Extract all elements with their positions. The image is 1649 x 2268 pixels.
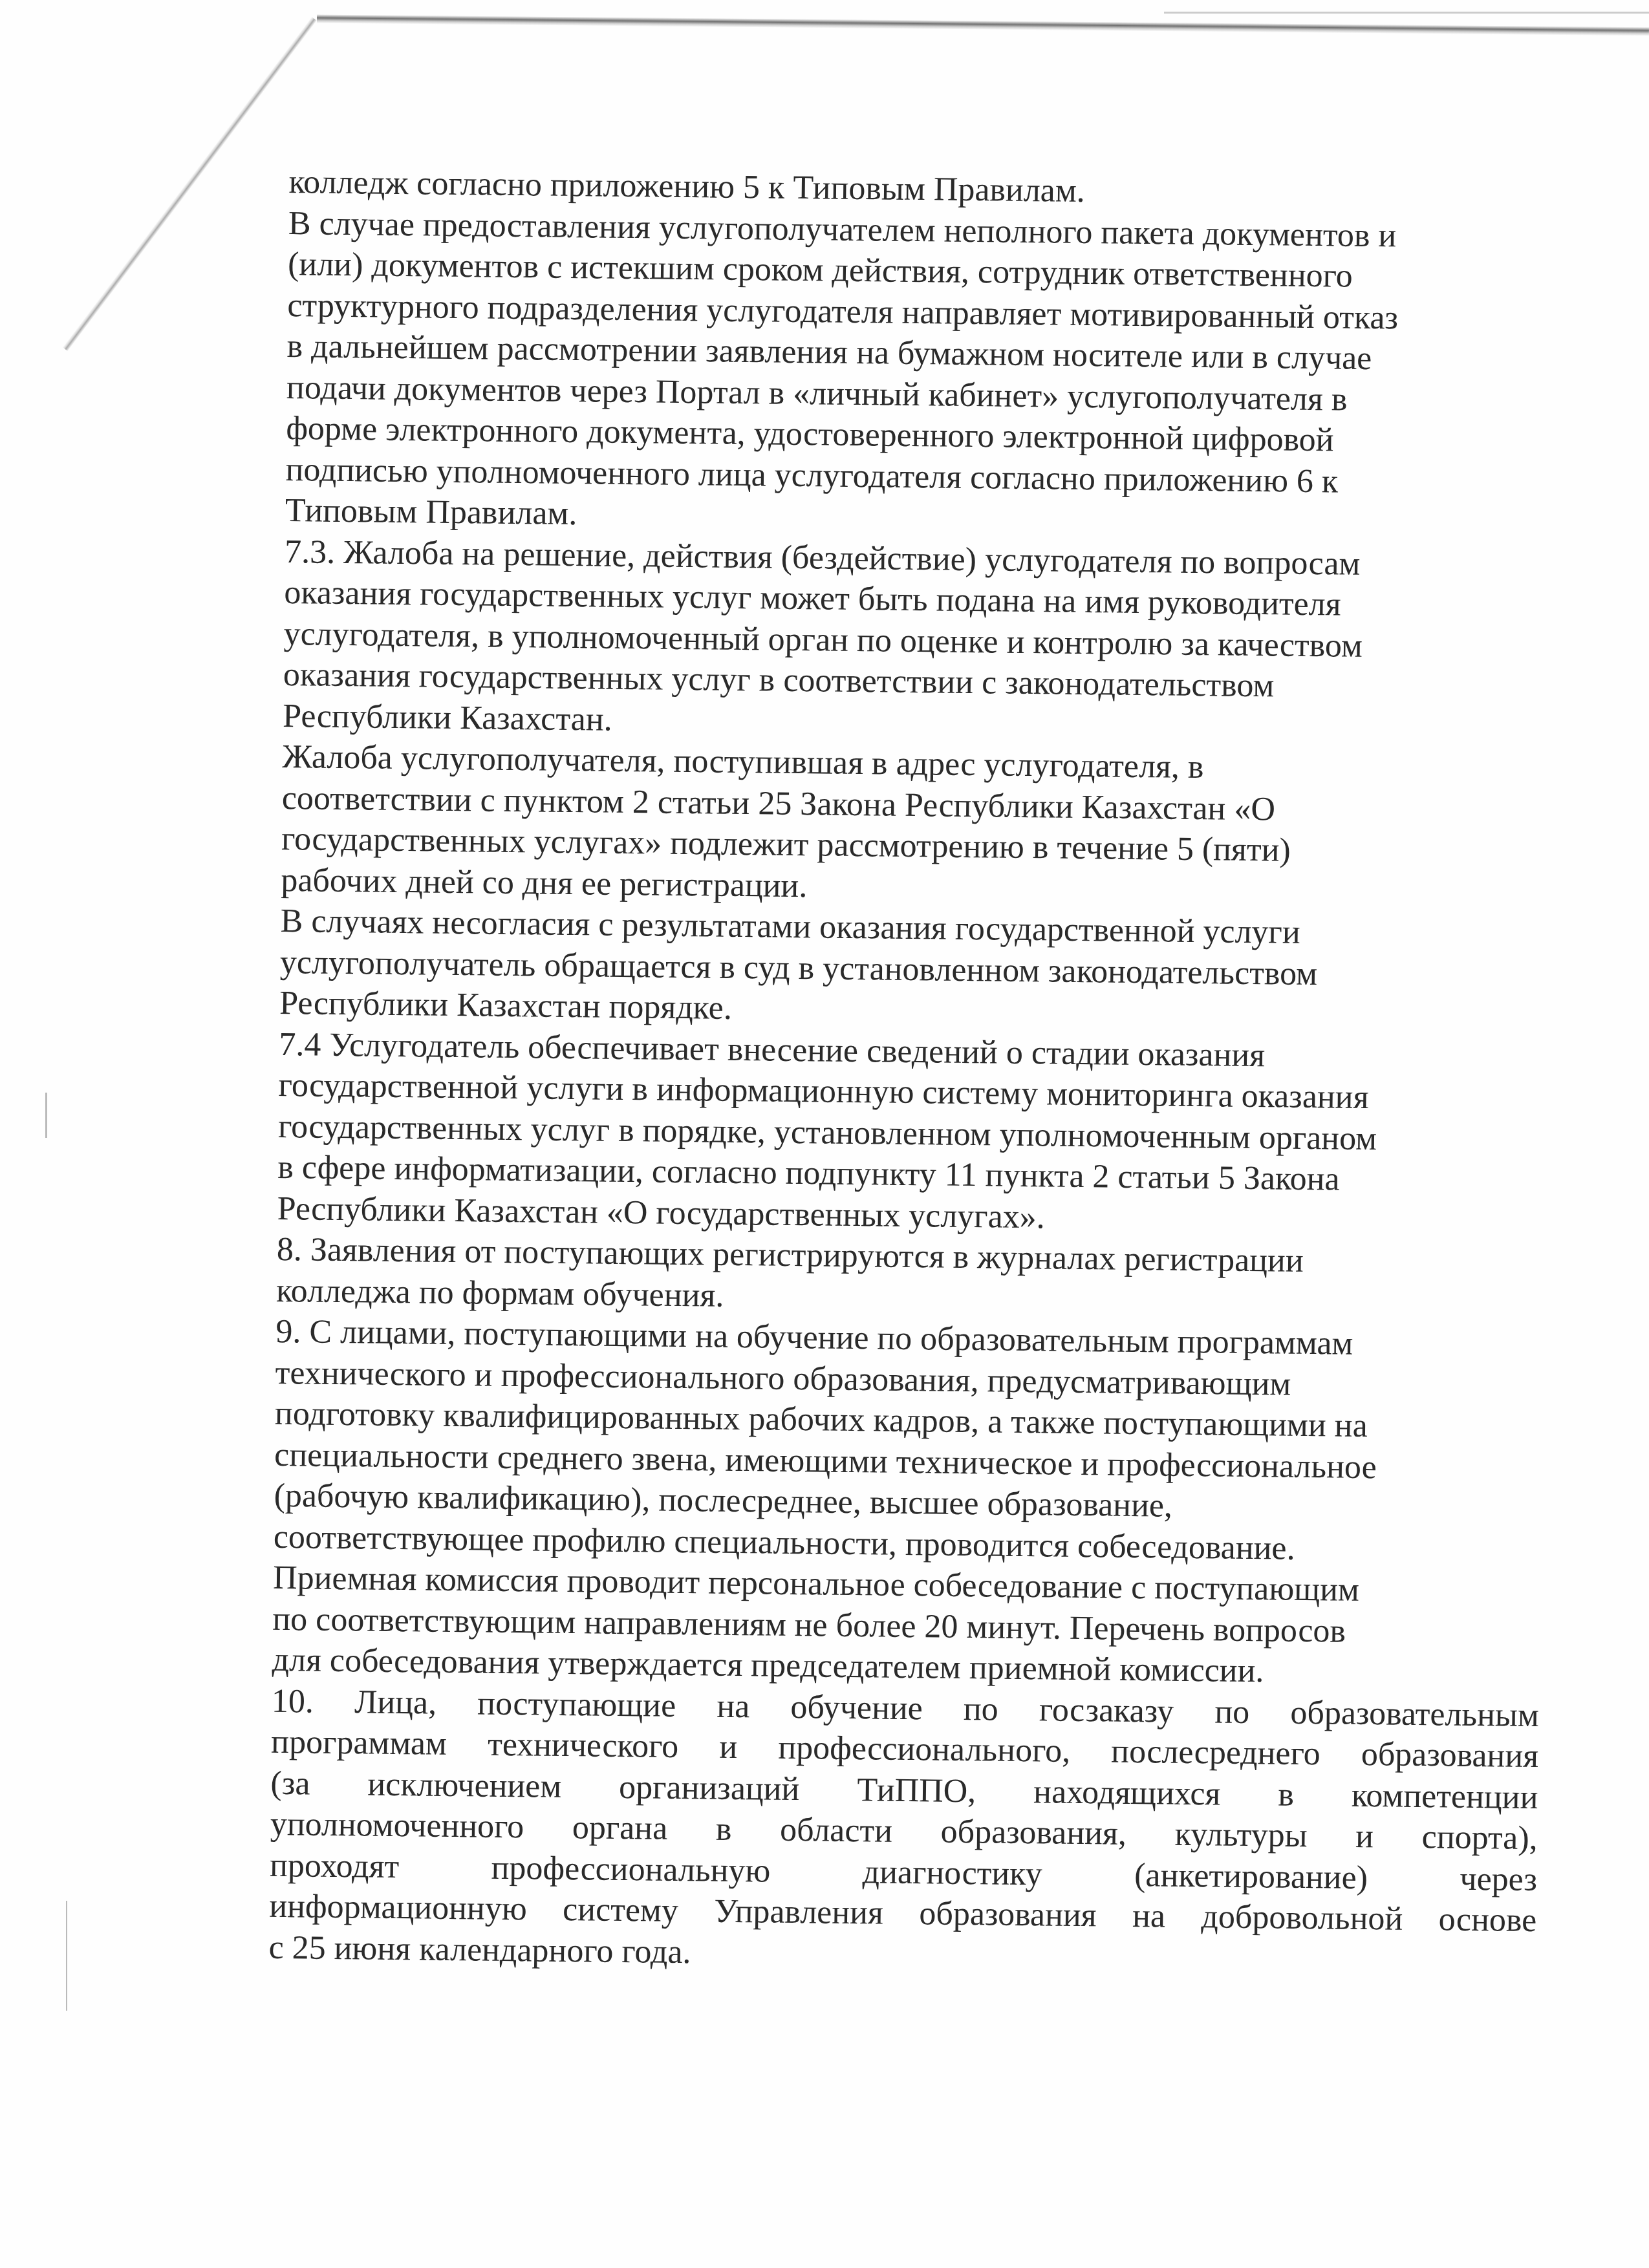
scan-edge-artifact	[1164, 12, 1649, 14]
paragraph-7-4-monitoring: 7.4 Услугодатель обеспечивает внесение с…	[277, 1023, 1546, 1243]
document-body: колледж согласно приложению 5 к Типовым …	[268, 162, 1557, 1982]
paragraph-complaint-review: Жалоба услугополучателя, поступившая в а…	[281, 736, 1550, 915]
paragraph-incomplete-documents: В случае предоставления услугополучателе…	[285, 202, 1557, 545]
scan-edge-artifact	[317, 14, 1649, 36]
margin-mark	[66, 1901, 67, 2011]
paragraph-7-3-complaint: 7.3. Жалоба на решение, действия (бездей…	[283, 531, 1552, 751]
paragraph-8-registration: 8. Заявления от поступающих регистрируют…	[276, 1229, 1544, 1325]
paragraph-9-interview: 9. С лицами, поступающими на обучение по…	[274, 1311, 1544, 1572]
scan-edge-artifact	[63, 17, 317, 351]
margin-mark	[45, 1093, 47, 1138]
paragraph-10-diagnostics: 10. Лица, поступающие на обучение по гос…	[268, 1680, 1539, 1982]
scanned-page: колледж согласно приложению 5 к Типовым …	[0, 0, 1649, 2268]
paragraph-court-appeal: В случаях несогласия с результатами оказ…	[279, 901, 1548, 1038]
paragraph-admission-commission: Приемная комиссия проводит персональное …	[272, 1557, 1540, 1695]
